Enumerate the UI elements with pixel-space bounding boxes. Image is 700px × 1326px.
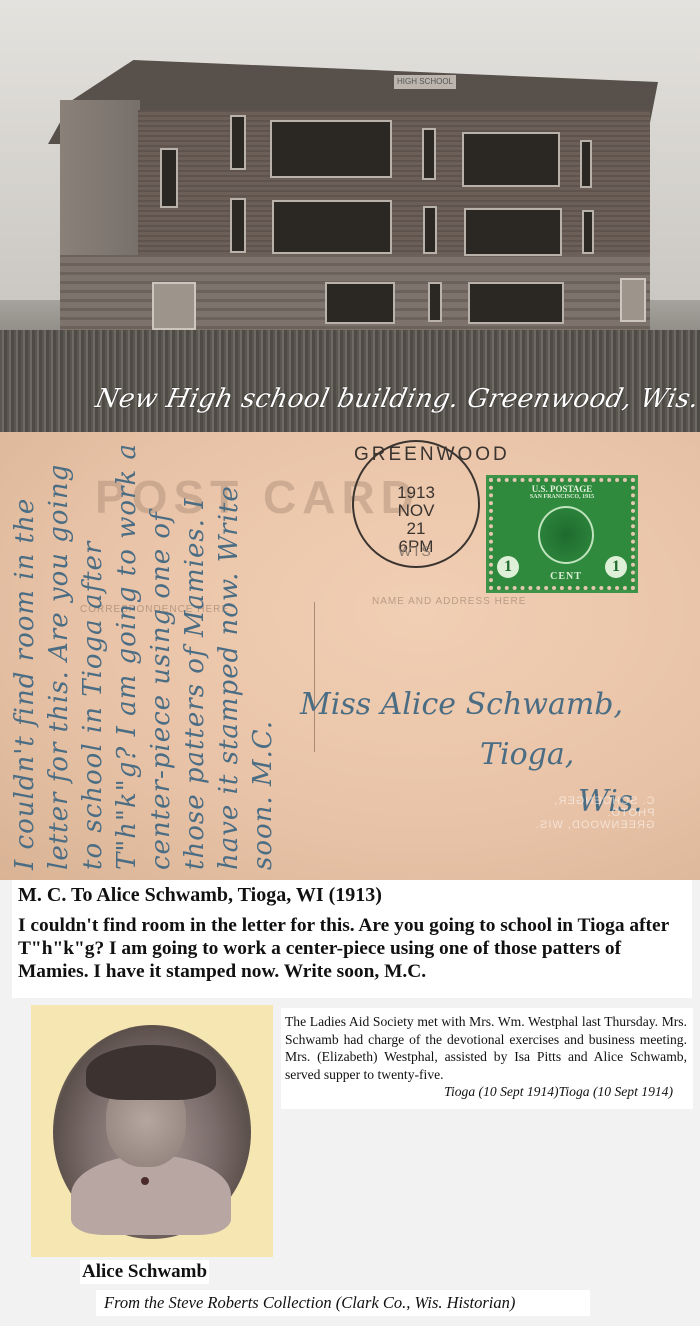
collection-credit: From the Steve Roberts Collection (Clark… [96, 1290, 590, 1316]
address-line-name: Miss Alice Schwamb, [300, 687, 623, 722]
stamp-portrait-icon [538, 506, 594, 564]
postmark: GREENWOOD 1913 NOV 21 6PM WIS [352, 440, 480, 568]
window [464, 208, 562, 256]
photographer-emboss: C. SCHOENGER, PHOTO. GREENWOOD, WIS. [535, 795, 655, 831]
building-sign: HIGH SCHOOL [394, 75, 456, 89]
portrait-body [71, 1155, 231, 1235]
school-building-photo: HIGH SCHOOL New High school building. Gr… [0, 0, 700, 432]
transcript-body: I couldn't find room in the letter for t… [18, 914, 684, 983]
portrait-name: Alice Schwamb [80, 1260, 209, 1284]
postage-stamp: U.S. POSTAGE SAN FRANCISCO, 1915 1 1 CEN… [489, 478, 635, 590]
window [272, 200, 392, 254]
window [422, 128, 436, 180]
stamp-top-text: U.S. POSTAGE [493, 484, 631, 494]
stamp-value-right: 1 [605, 556, 627, 578]
stamp-denomination: CENT [527, 571, 605, 582]
window [468, 282, 564, 324]
window [270, 120, 392, 178]
window [580, 140, 592, 188]
window [230, 198, 246, 253]
address-line-town: Tioga, [480, 737, 574, 772]
door [152, 282, 196, 330]
stamp-value-left: 1 [497, 556, 519, 578]
postmark-year: 1913 [354, 484, 478, 502]
postmark-day: 21 [354, 520, 478, 538]
window [428, 282, 442, 322]
emboss-line: C. SCHOENGER, [535, 795, 655, 807]
window [325, 282, 395, 324]
postmark-state: WIS [354, 542, 478, 560]
clipping-source: Tioga (10 Sept 1914)Tioga (10 Sept 1914) [285, 1083, 687, 1101]
window [582, 210, 594, 254]
photo-caption: New High school building. Greenwood, Wis… [93, 384, 700, 414]
emboss-line: PHOTO. [535, 807, 655, 819]
window [462, 132, 560, 187]
brooch-icon [141, 1177, 149, 1185]
address-label: NAME AND ADDRESS HERE [372, 596, 526, 607]
window [230, 115, 246, 170]
postmark-town: GREENWOOD [354, 446, 478, 464]
portrait-hair [86, 1045, 216, 1100]
newspaper-clipping: The Ladies Aid Society met with Mrs. Wm.… [281, 1008, 693, 1109]
window [423, 206, 437, 254]
stamp-sub-text: SAN FRANCISCO, 1915 [493, 494, 631, 500]
lawn [0, 330, 700, 432]
door [620, 278, 646, 322]
window [160, 148, 178, 208]
transcript-title: M. C. To Alice Schwamb, Tioga, WI (1913) [18, 884, 684, 907]
emboss-line: GREENWOOD, WIS. [535, 819, 655, 831]
handwritten-message: I couldn't find room in the letter for t… [8, 440, 308, 870]
transcript-box: M. C. To Alice Schwamb, Tioga, WI (1913)… [12, 880, 692, 998]
portrait-photo [31, 1005, 273, 1257]
postmark-month: NOV [354, 502, 478, 520]
postcard-divider-line [314, 602, 315, 752]
clipping-text: The Ladies Aid Society met with Mrs. Wm.… [285, 1014, 687, 1082]
